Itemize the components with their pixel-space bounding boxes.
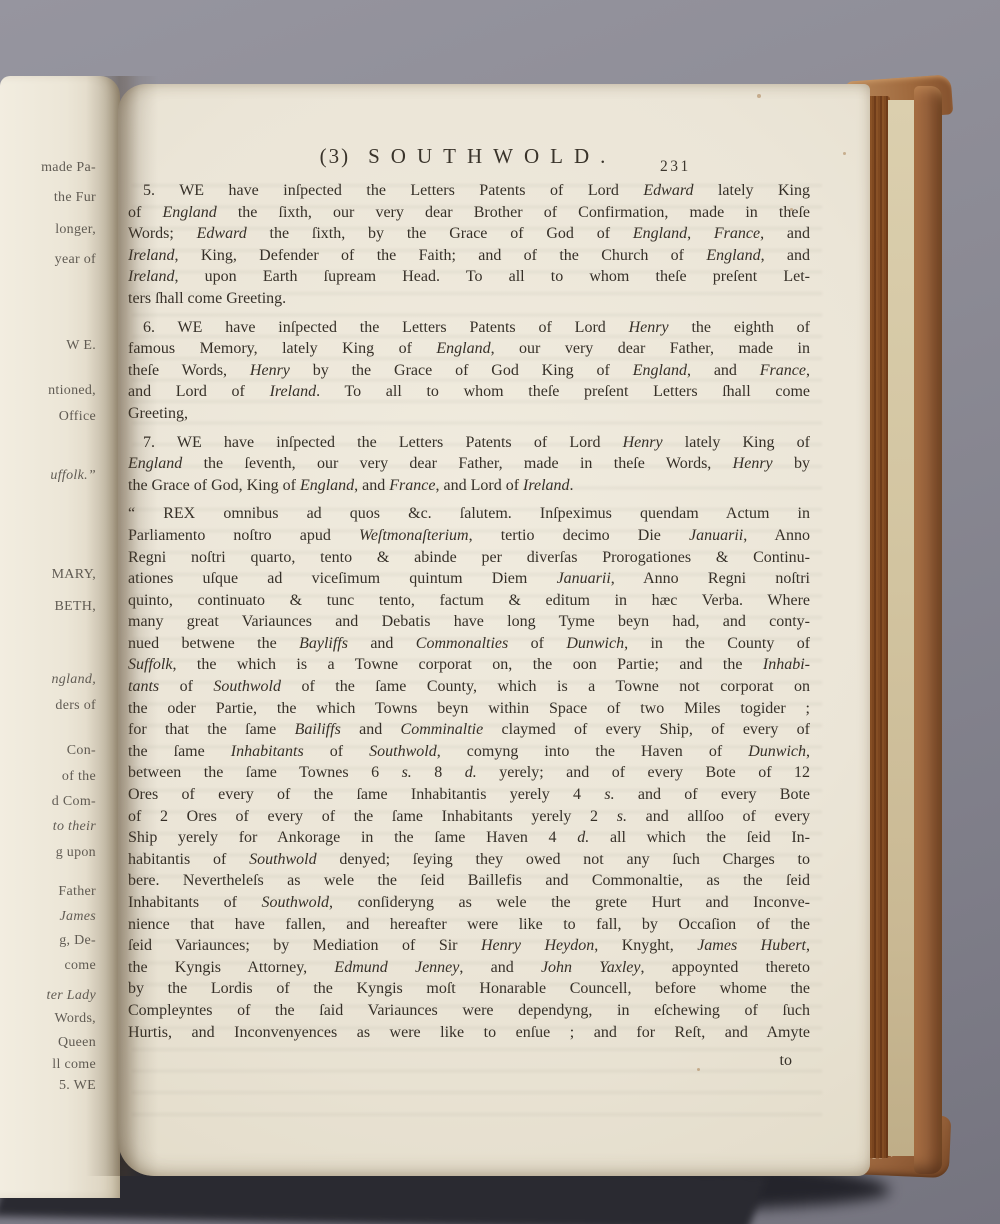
- text-line: 5. WE have inſpected the Letters Patents…: [128, 180, 810, 202]
- facing-page-text-fragment: made Pa-: [41, 160, 96, 176]
- facing-page-text-fragment: g upon: [56, 845, 96, 861]
- text-line: and Lord of Ireland. To all to whom theſ…: [128, 381, 810, 403]
- facing-page-text-fragment: ter Lady: [47, 988, 96, 1004]
- running-header: (3)SOUTHWOLD.: [118, 144, 818, 169]
- paragraph: “ REX omnibus ad quos &c. ſalutem. Inſpe…: [128, 503, 810, 1043]
- foxing-spot: [697, 1068, 700, 1071]
- section-number: (3): [320, 144, 351, 168]
- page-block-inner-edge: [888, 100, 916, 1156]
- facing-page-text-fragment: ngland,: [52, 672, 97, 688]
- facing-page-text-fragment: Words,: [54, 1011, 96, 1027]
- text-line: many great Variaunces and Debatis have l…: [128, 611, 810, 633]
- text-line: Ship yerely for Ankorage in the ſame Hav…: [128, 827, 810, 849]
- catchword: to: [128, 1050, 810, 1072]
- facing-page-text-fragment: ders of: [55, 698, 96, 714]
- text-line: England the ſeventh, our very dear Fathe…: [128, 453, 810, 475]
- text-line: Words; Edward the ſixth, by the Grace of…: [128, 223, 810, 245]
- text-line: ters ſhall come Greeting.: [128, 288, 810, 310]
- book-cover-fore-edge: [914, 86, 942, 1174]
- text-line: Ireland, upon Earth ſupream Head. To all…: [128, 266, 810, 288]
- book-photograph: made Pa-the Furlonger,year ofW E.ntioned…: [0, 0, 1000, 1224]
- text-line: Parliamento noſtro apud Weſtmonaſterium,…: [128, 525, 810, 547]
- page-title: SOUTHWOLD.: [368, 144, 616, 168]
- page-number: 231: [660, 158, 691, 176]
- text-line: the Grace of God, King of England, and F…: [128, 475, 810, 497]
- text-line: Greeting,: [128, 403, 810, 425]
- text-line: nience that have fallen, and hereafter w…: [128, 914, 810, 936]
- facing-page-text-fragment: come: [64, 958, 96, 974]
- text-line: nued betwene the Bayliffs and Commonalti…: [128, 633, 810, 655]
- paragraph: 5. WE have inſpected the Letters Patents…: [128, 180, 810, 310]
- foxing-spot: [790, 208, 793, 211]
- text-line: 6. WE have inſpected the Letters Patents…: [128, 317, 810, 339]
- facing-page-text-fragment: ntioned,: [48, 383, 96, 399]
- facing-page-text-fragment: of the: [62, 769, 96, 785]
- text-line: ationes uſque ad viceſimum quintum Diem …: [128, 568, 810, 590]
- facing-page-text-fragment: the Fur: [54, 190, 96, 206]
- text-line: habitantis of Southwold denyed; ſeying t…: [128, 849, 810, 871]
- facing-page-text-fragment: Father: [58, 884, 96, 900]
- text-line: 7. WE have inſpected the Letters Patents…: [128, 432, 810, 454]
- text-line: famous Memory, lately King of England, o…: [128, 338, 810, 360]
- text-line: of England the ſixth, our very dear Brot…: [128, 202, 810, 224]
- text-line: tants of Southwold of the ſame County, w…: [128, 676, 810, 698]
- facing-page-text-fragment: 5. WE: [59, 1078, 96, 1094]
- facing-page-text-fragment: year of: [55, 252, 96, 268]
- facing-page-text-fragment: MARY,: [52, 567, 96, 583]
- facing-page-text-fragment: James: [60, 909, 97, 925]
- facing-page-text-fragment: g, De-: [59, 933, 96, 949]
- facing-page-text-fragment: W E.: [66, 338, 96, 354]
- text-line: Inhabitants of Southwold, conſideryng as…: [128, 892, 810, 914]
- facing-page-text-fragment: longer,: [55, 222, 96, 238]
- text-line: Regni noſtri quarto, tento & abinde per …: [128, 547, 810, 569]
- facing-page-text-fragment: d Com-: [52, 794, 96, 810]
- text-line: by the Lordis of the Kyngis moſt Honarab…: [128, 978, 810, 1000]
- facing-page-text-fragment: BETH,: [54, 599, 96, 615]
- paragraph: 6. WE have inſpected the Letters Patents…: [128, 317, 810, 425]
- text-line: quinto, continuato & tunc tento, factum …: [128, 590, 810, 612]
- text-line: ſeid Variaunces; by Mediation of Sir Hen…: [128, 935, 810, 957]
- text-line: bere. Nevertheleſs as wele the ſeid Bail…: [128, 870, 810, 892]
- text-line: for that the ſame Bailiffs and Comminalt…: [128, 719, 810, 741]
- text-line: the ſame Inhabitants of Southwold, comyn…: [128, 741, 810, 763]
- text-line: of 2 Ores of every of the ſame Inhabitan…: [128, 806, 810, 828]
- facing-page-text-fragment: uffolk.”: [50, 468, 96, 484]
- facing-page-text-fragment: to their: [53, 819, 96, 835]
- book-page: (3)SOUTHWOLD. 231 5. WE have inſpected t…: [118, 84, 870, 1176]
- text-line: between the ſame Townes 6 s. 8 d. yerely…: [128, 762, 810, 784]
- text-block: 5. WE have inſpected the Letters Patents…: [128, 180, 810, 1072]
- facing-page-text-fragment: Office: [59, 409, 96, 425]
- facing-page-text-fragment: Queen: [58, 1035, 96, 1051]
- text-line: Hurtis, and Inconvenyences as were like …: [128, 1022, 810, 1044]
- text-line: Ireland, King, Defender of the Faith; an…: [128, 245, 810, 267]
- foxing-spot: [757, 94, 761, 98]
- facing-page-text-fragment: ll come: [52, 1057, 96, 1073]
- facing-page-sliver: made Pa-the Furlonger,year ofW E.ntioned…: [0, 76, 120, 1198]
- text-line: Compleyntes of the ſaid Variaunces were …: [128, 1000, 810, 1022]
- text-line: “ REX omnibus ad quos &c. ſalutem. Inſpe…: [128, 503, 810, 525]
- text-line: Suffolk, the which is a Towne corporat o…: [128, 654, 810, 676]
- paragraph: 7. WE have inſpected the Letters Patents…: [128, 432, 810, 497]
- foxing-spot: [843, 152, 846, 155]
- text-line: Ores of every of the ſame Inhabitantis y…: [128, 784, 810, 806]
- facing-page-text-fragment: Con-: [67, 743, 96, 759]
- text-line: theſe Words, Henry by the Grace of God K…: [128, 360, 810, 382]
- text-line: the Kyngis Attorney, Edmund Jenney, and …: [128, 957, 810, 979]
- text-line: the oder Partie, the which Towns beyn wi…: [128, 698, 810, 720]
